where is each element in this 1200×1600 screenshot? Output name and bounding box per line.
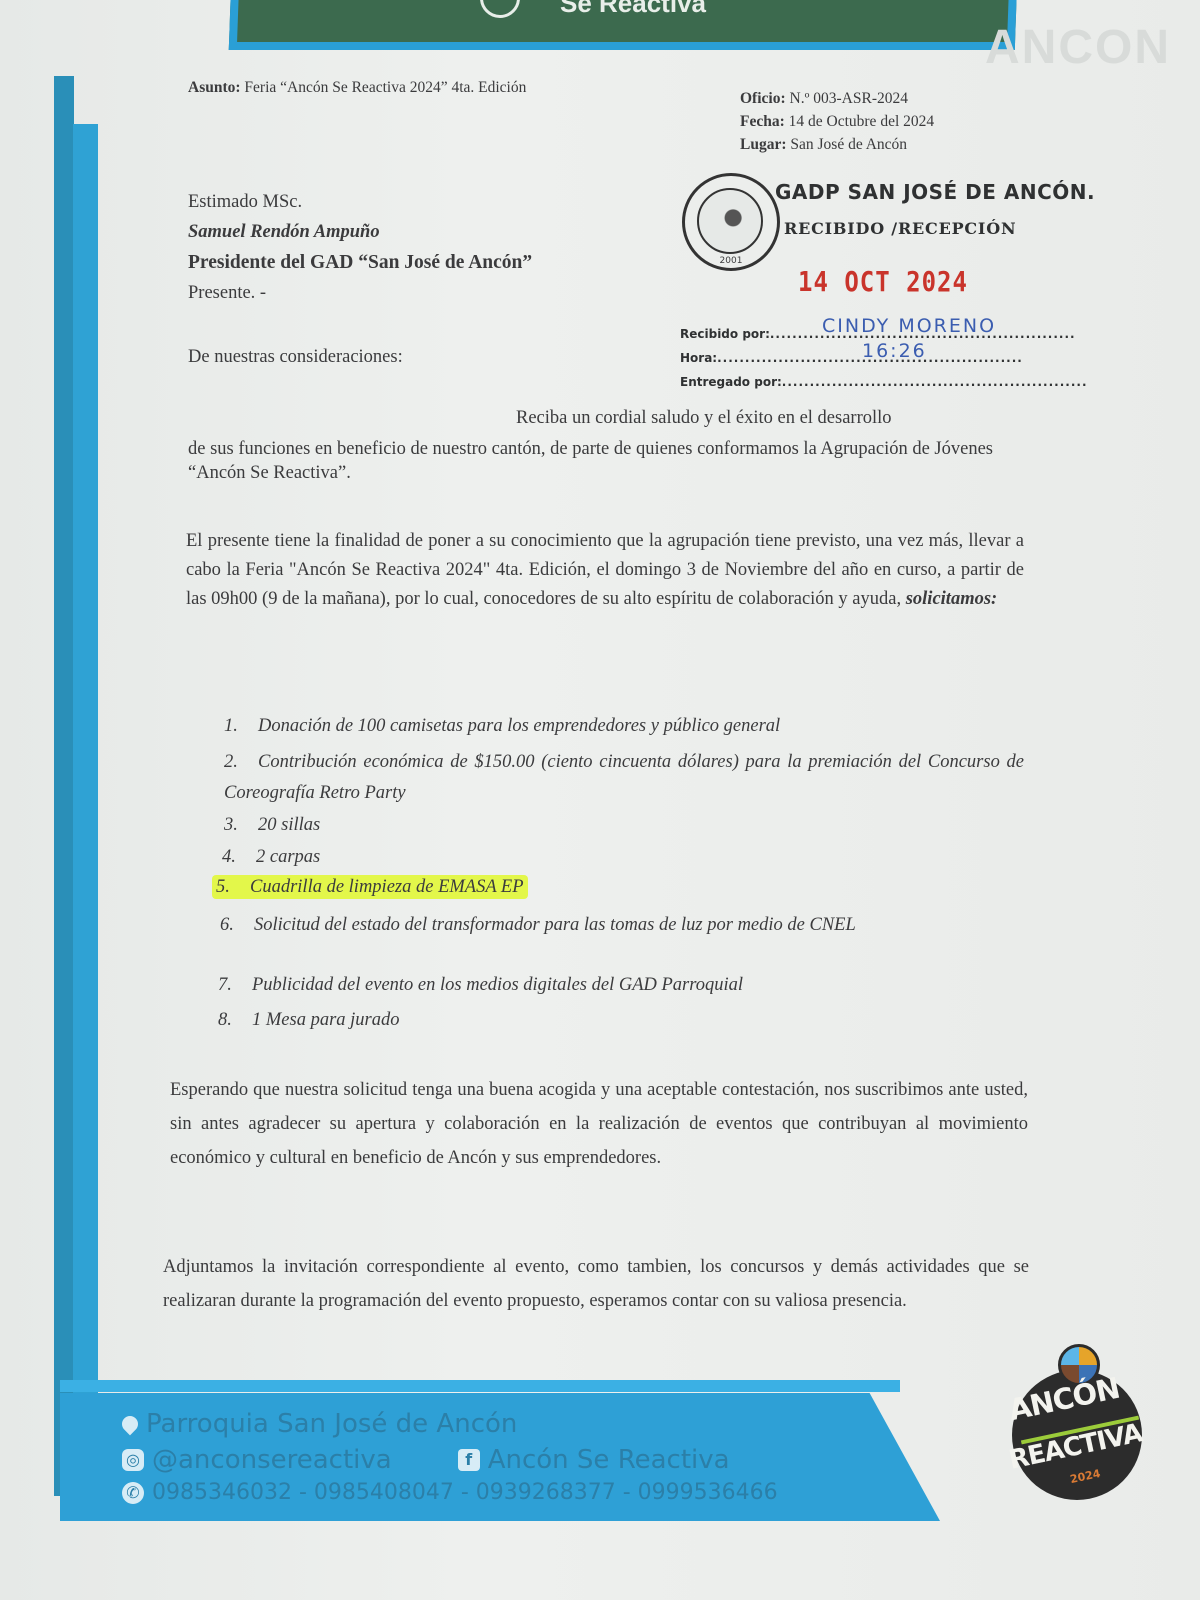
fecha-value: 14 de Octubre del 2024 [789,113,935,130]
footer-stripe [60,1380,900,1392]
recipient-name: Samuel Rendón Ampuño [188,220,380,244]
fecha-line: Fecha: 14 de Octubre del 2024 [740,112,934,132]
item-number: 1. [224,716,258,737]
request-item: 7.Publicidad del evento en los medios di… [218,975,743,996]
item-text: 2 carpas [256,847,320,867]
instagram-icon: ◎ [122,1449,144,1471]
oficio-label: Oficio: [740,90,786,107]
left-bar-dark [54,76,74,1496]
instagram-handle: @anconsereactiva [152,1445,392,1475]
item-text: Donación de 100 camisetas para los empre… [258,716,780,736]
item-number: 2. [224,747,258,778]
oficio-line: Oficio: N.º 003-ASR-2024 [740,89,908,109]
faded-logo: ANCON [985,20,1185,90]
purpose-text: El presente tiene la finalidad de poner … [186,531,1024,609]
location-text: Parroquia San José de Ancón [146,1409,517,1439]
request-item-highlighted: 5.Cuadrilla de limpieza de EMASA EP [212,877,528,898]
seal-year: 2001 [685,256,777,266]
request-item: 4.2 carpas [222,847,320,868]
stamp-institution: GADP SAN JOSÉ DE ANCÓN. [775,180,1095,204]
lugar-value: San José de Ancón [790,136,907,153]
subject-label: Asunto: [188,79,241,96]
intro-first-line: Reciba un cordial saludo y el éxito en e… [516,406,892,430]
footer-social: ◎ @anconsereactiva f Ancón Se Reactiva [122,1445,730,1475]
facebook-page: Ancón Se Reactiva [488,1445,730,1475]
request-item: 6.Solicitud del estado del transformador… [220,908,1030,942]
item-number: 7. [218,975,252,996]
item-text: 1 Mesa para jurado [252,1010,400,1030]
delivered-by-label: Entregado por: [680,375,782,389]
facebook-icon: f [458,1449,480,1471]
item-text: Cuadrilla de limpieza de EMASA EP [250,877,524,897]
time-field: Hora:...................................… [680,351,1023,365]
delivered-by-field: Entregado por:..........................… [680,375,1088,389]
left-bar-light [73,124,98,1504]
received-by-signature: CINDY MORENO [822,315,996,337]
purpose-paragraph: El presente tiene la finalidad de poner … [186,527,1024,614]
item-number: 6. [220,908,254,942]
item-text: Solicitud del estado del transformador p… [254,915,856,935]
oficio-value: N.º 003-ASR-2024 [790,90,908,107]
time-handwritten: 16:26 [862,340,927,362]
lugar-label: Lugar: [740,136,787,153]
request-item: 3.20 sillas [224,815,320,836]
map-pin-icon [119,1413,142,1436]
request-word: solicitamos: [906,589,997,609]
stamp-seal-icon: 2001 [682,173,780,271]
item-text: 20 sillas [258,815,320,835]
fecha-label: Fecha: [740,113,785,130]
closing-paragraph-1: Esperando que nuestra solicitud tenga un… [170,1073,1028,1175]
footer-phones: ✆ 0985346032 - 0985408047 - 0939268377 -… [122,1480,778,1505]
request-item: 8.1 Mesa para jurado [218,1010,400,1031]
greeting: Estimado MSc. [188,190,302,214]
item-number: 4. [222,847,256,868]
stamp-date: 14 OCT 2024 [798,266,968,298]
letter-page: Se Reactiva ANCON Asunto: Feria “Ancón S… [0,0,1200,1600]
item-number: 8. [218,1010,252,1031]
stamp-subtitle: RECIBIDO /RECEPCIÓN [784,219,1016,238]
banner-text: Se Reactiva [560,0,706,19]
considerations: De nuestras consideraciones: [188,345,403,369]
footer-location: Parroquia San José de Ancón [122,1409,517,1439]
lugar-line: Lugar: San José de Ancón [740,135,907,155]
dotted-line: ........................................… [782,375,1088,389]
subject-line: Asunto: Feria “Ancón Se Reactiva 2024” 4… [188,78,526,98]
item-text: Contribución económica de $150.00 (cient… [224,752,1024,803]
request-item: 1.Donación de 100 camisetas para los emp… [224,716,780,737]
item-number: 5. [216,877,250,898]
request-item: 2.Contribución económica de $150.00 (cie… [224,747,1024,809]
phone-icon: ✆ [122,1482,144,1504]
ancon-se-reactiva-logo: ANCÓN REACTIVA 2024 [1000,1340,1150,1490]
item-number: 3. [224,815,258,836]
recipient-title: Presidente del GAD “San José de Ancón” [188,250,532,275]
presente: Presente. - [188,281,266,305]
closing-paragraph-2: Adjuntamos la invitación correspondiente… [163,1250,1029,1318]
time-label: Hora: [680,351,717,365]
item-text: Publicidad del evento en los medios digi… [252,975,743,995]
subject-value: Feria “Ancón Se Reactiva 2024” 4ta. Edic… [244,79,526,96]
phone-numbers: 0985346032 - 0985408047 - 0939268377 - 0… [152,1480,778,1505]
received-by-label: Recibido por: [680,327,770,341]
intro-paragraph: de sus funciones en beneficio de nuestro… [188,437,1024,485]
